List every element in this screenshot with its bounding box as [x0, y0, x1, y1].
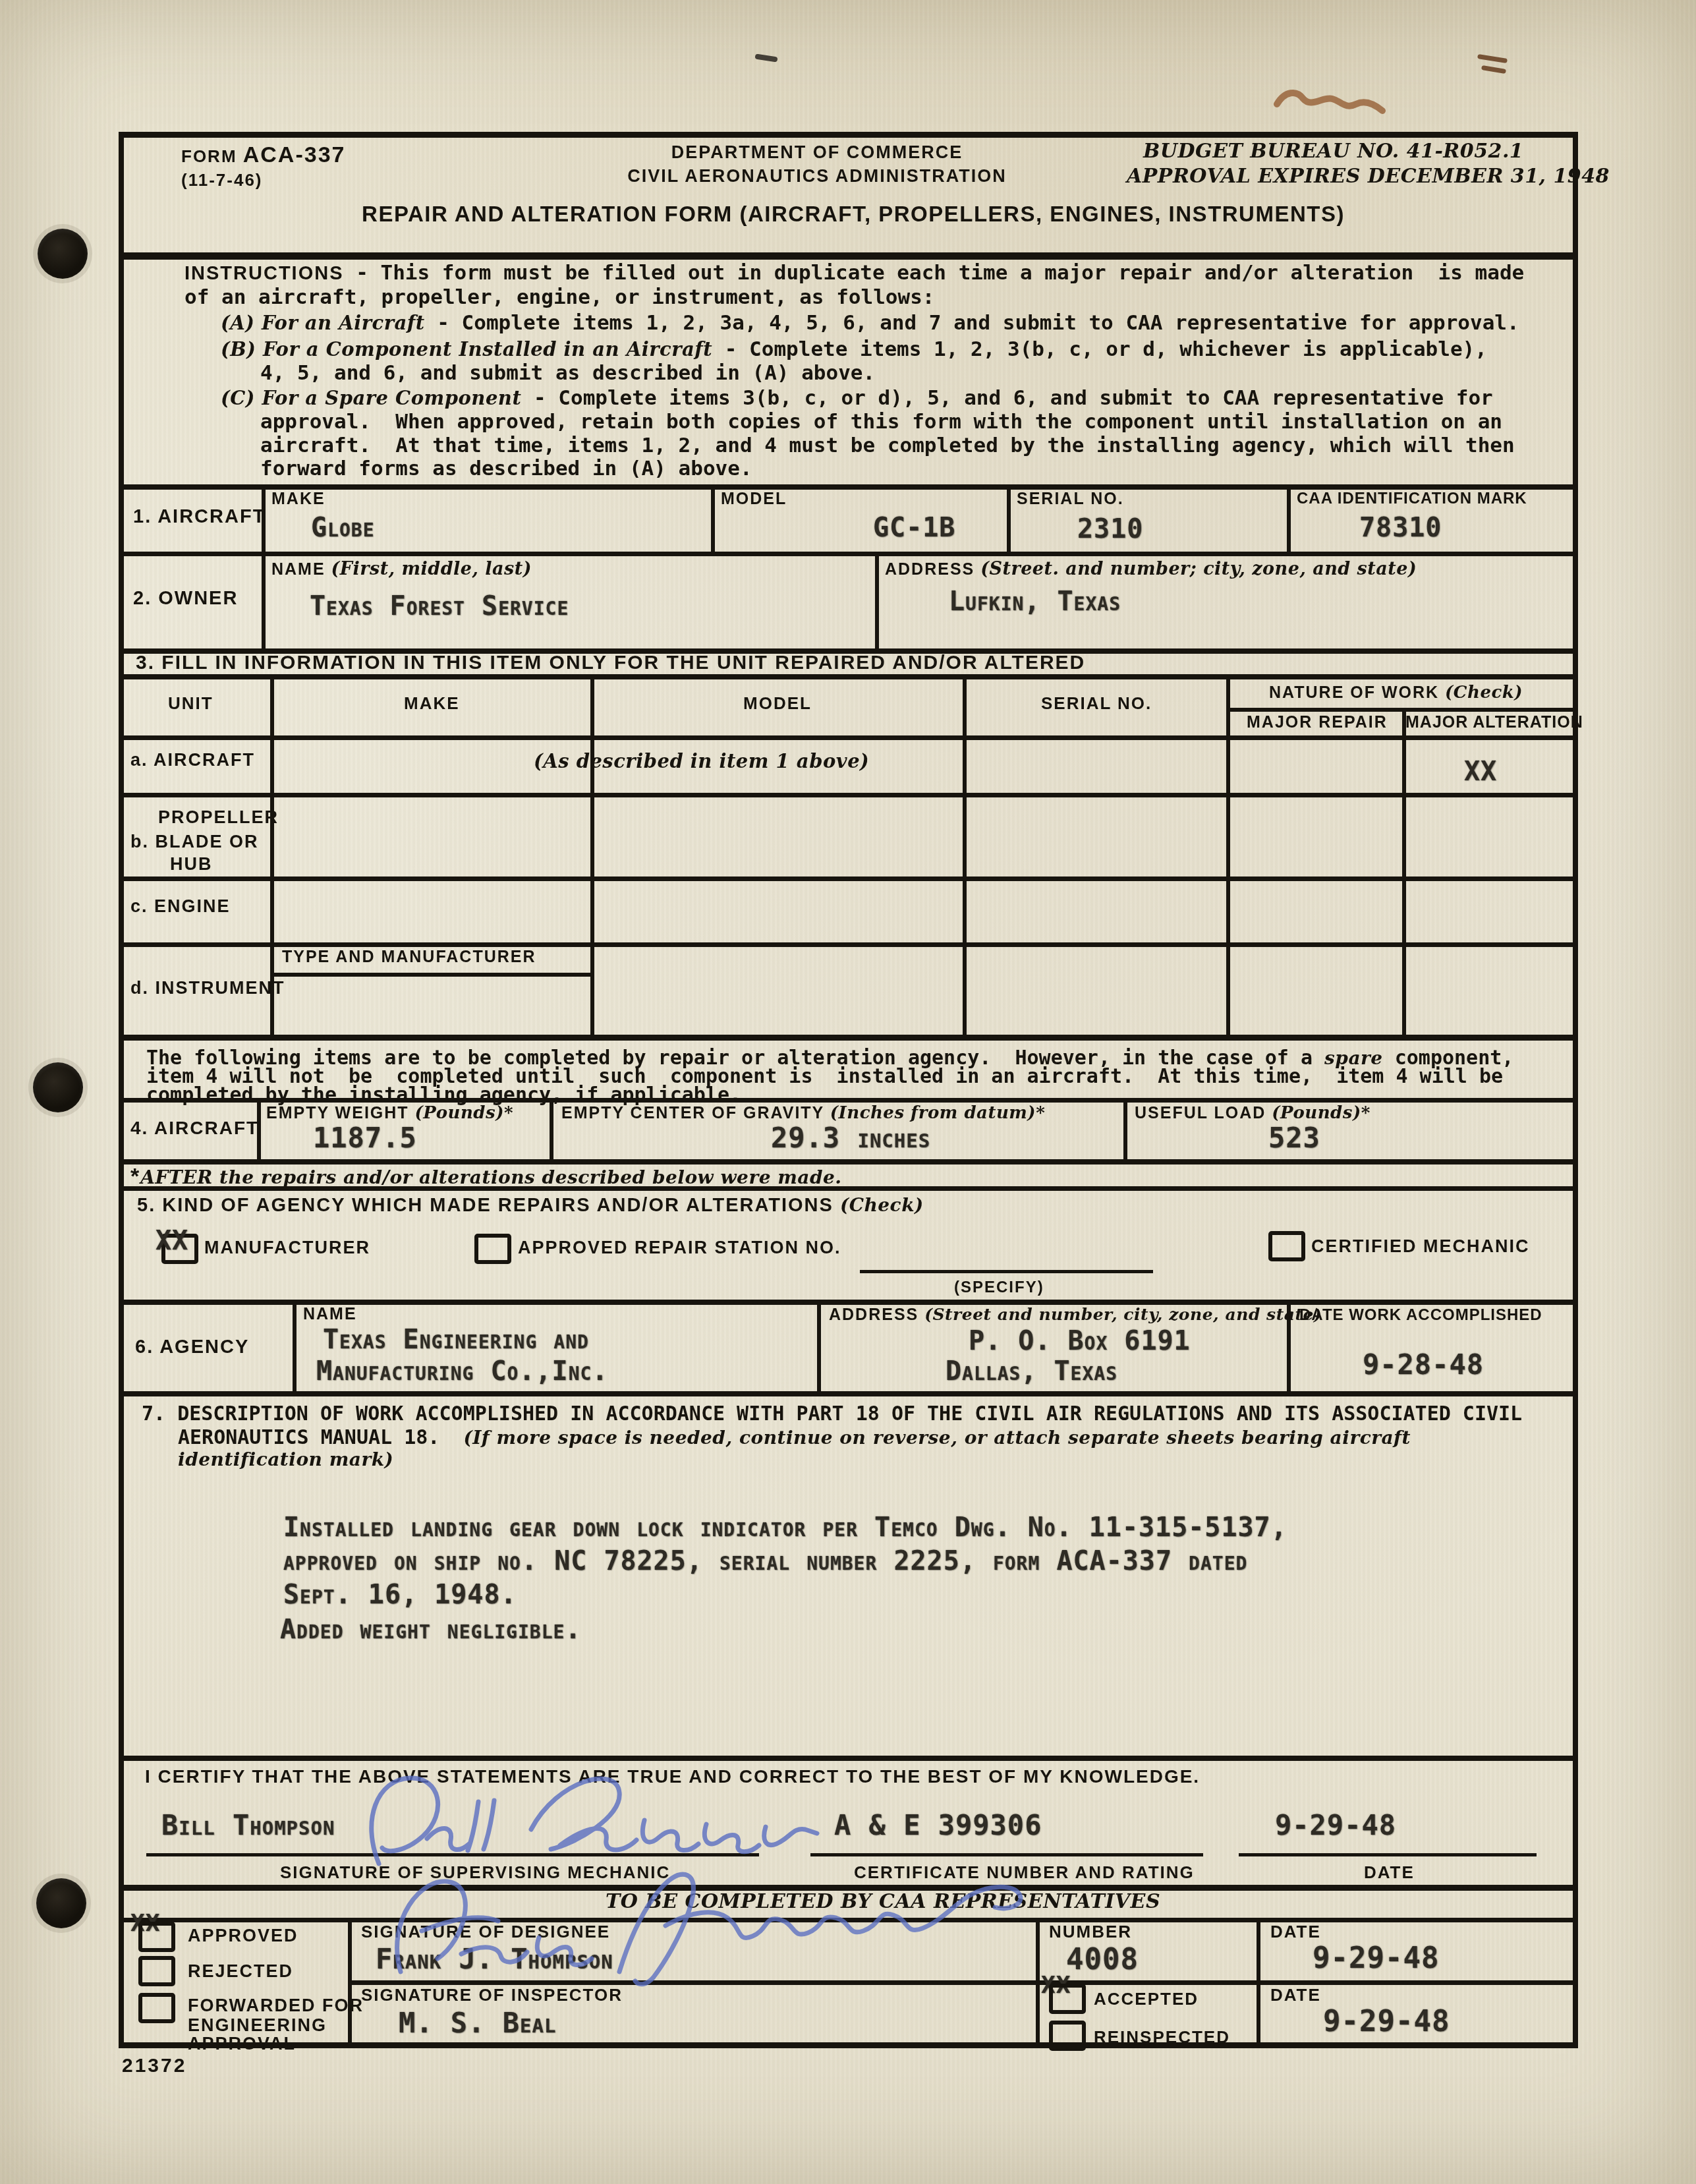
rejected-label: REJECTED [188, 1961, 293, 1982]
instructions-line-a: (A) For an Aircraft - Complete items 1, … [221, 311, 1519, 335]
item1-model-value: GC-1B [873, 513, 955, 543]
department-line2: CIVIL AERONAUTICS ADMINISTRATION [627, 166, 1007, 187]
instruction-b-text: - Complete items 1, 2, 3(b, c, or d, whi… [712, 337, 1487, 361]
caa-date1-value: 9-29-48 [1313, 1941, 1439, 1975]
mechanic-signature-label: SIGNATURE OF SUPERVISING MECHANIC [280, 1862, 670, 1883]
table-header-serial: SERIAL NO. [1041, 693, 1152, 714]
form-number-value: ACA-337 [243, 142, 346, 167]
footnote-bottom [119, 1186, 1578, 1191]
table-row-d-subheader: TYPE AND MANUFACTURER [282, 948, 536, 967]
form-number-label: FORM [181, 146, 243, 166]
page-serial-number: 21372 [122, 2055, 186, 2077]
manufacturer-label: MANUFACTURER [204, 1238, 370, 1258]
certification-date-line [1239, 1853, 1537, 1856]
item6-divider-1 [293, 1300, 297, 1391]
item2-divider-2 [875, 552, 879, 648]
repair-station-blank-line [860, 1270, 1153, 1273]
mechanic-typed-name: Bill Thompson [161, 1809, 335, 1841]
table-row-b-bottom [119, 876, 1578, 881]
table-header-unit: UNIT [168, 693, 213, 714]
item2-divider-1 [262, 552, 266, 648]
item4-cg-hint: (Inches from datum)* [830, 1103, 1045, 1123]
item2-address-value: Lufkin, Texas [949, 587, 1121, 617]
approval-expires: APPROVAL EXPIRES DECEMBER 31, 1948 [1127, 165, 1610, 188]
item3-bar-bottom [119, 674, 1578, 679]
caa-strip-bottom [119, 1918, 1578, 1922]
certificate-number-label: CERTIFICATE NUMBER AND RATING [854, 1862, 1195, 1883]
table-header-nature-text: NATURE OF WORK [1269, 683, 1445, 702]
item6-bottom [119, 1391, 1578, 1396]
item1-make-label: MAKE [271, 490, 325, 509]
approved-checkbox [138, 1922, 175, 1952]
item1-make-value: Globe [311, 513, 375, 543]
reinspected-label: REINSPECTED [1094, 2027, 1230, 2048]
item1-divider-3 [1007, 484, 1011, 552]
item1-model-label: MODEL [721, 490, 787, 509]
instructions-line-c: (C) For a Spare Component - Complete ite… [221, 386, 1493, 410]
item6-address-line1: P. O. Box 6191 [969, 1326, 1191, 1356]
item2-name-hint: (First, middle, last) [331, 559, 532, 579]
scanned-form-page: FORM ACA-337 (11-7-46) DEPARTMENT OF COM… [0, 0, 1696, 2184]
form-number: FORM ACA-337 [181, 142, 345, 168]
item7-heading-line2-italic: (If more space is needed, continue on re… [463, 1427, 1411, 1449]
item4-weight-hint: (Pounds)* [415, 1103, 514, 1123]
table-row-b-line1: PROPELLER [158, 807, 279, 828]
certificate-number-line [810, 1853, 1203, 1856]
form-title: REPAIR AND ALTERATION FORM (AIRCRAFT, PR… [362, 202, 1345, 227]
item1-caa-mark-value: 78310 [1359, 513, 1442, 543]
instruction-c-lead: (C) For a Spare Component [221, 387, 521, 409]
item4-weight-label-text: EMPTY WEIGHT [266, 1104, 415, 1122]
item2-name-value: Texas Forest Service [310, 591, 569, 621]
table-col-model-divider [963, 674, 967, 1035]
item6-name-line2: Manufacturing Co.,Inc. [316, 1356, 608, 1387]
table-row-a-bottom [119, 793, 1578, 797]
table-nature-subdivider [1226, 708, 1578, 712]
item2-address-label-text: ADDRESS [885, 560, 980, 579]
punch-hole-top [38, 229, 88, 279]
caa-date2-value: 9-29-48 [1323, 2005, 1450, 2038]
table-col-make-divider [590, 674, 594, 1035]
item7-heading-line3: identification mark) [178, 1449, 393, 1470]
item5-heading: 5. KIND OF AGENCY WHICH MADE REPAIRS AND… [137, 1194, 924, 1217]
manufacturer-checkbox-xx: XX [155, 1226, 188, 1256]
certification-date-value: 9-29-48 [1275, 1809, 1396, 1841]
item6-address-line2: Dallas, Texas [946, 1356, 1117, 1387]
item6-date-label: DATE WORK ACCOMPLISHED [1299, 1306, 1542, 1325]
designee-typed-name: Frank J. Thompson [376, 1943, 613, 1975]
table-row-d-label: d. INSTRUMENT [130, 978, 285, 998]
instruction-b-lead: (B) For a Component Installed in an Airc… [221, 338, 712, 360]
rust-stain [1277, 93, 1382, 111]
form-border-bottom [119, 2042, 1578, 2048]
instructions-divider [119, 484, 1578, 490]
caa-number-label: NUMBER [1049, 1922, 1132, 1942]
caa-date2-label: DATE [1270, 1985, 1321, 2005]
punch-hole-middle [33, 1062, 83, 1112]
item5-heading-text: 5. KIND OF AGENCY WHICH MADE REPAIRS AND… [137, 1195, 840, 1216]
item4-cg-value: 29.3 inches [771, 1122, 930, 1154]
item2-address-hint: (Street. and number; city, zone, and sta… [980, 559, 1417, 579]
repair-station-label: APPROVED REPAIR STATION NO. [518, 1238, 841, 1258]
instructions-line-2: of an aircraft, propeller, engine, or in… [184, 285, 934, 309]
instructions-line-c3: aircraft. At that time, items 1, 2, and … [260, 434, 1515, 457]
punch-hole-bottom [36, 1878, 86, 1928]
table-header-model: MODEL [743, 693, 812, 714]
form-border-top [119, 132, 1578, 138]
inspector-signature-label: SIGNATURE OF INSPECTOR [361, 1985, 623, 2005]
table-header-major-alteration: MAJOR ALTERATION [1405, 713, 1583, 732]
accepted-checkbox [1049, 1984, 1086, 2014]
item4-useful-load-value: 523 [1268, 1122, 1320, 1154]
caa-date1-label: DATE [1270, 1922, 1321, 1942]
table-header-nature: NATURE OF WORK (Check) [1269, 683, 1523, 703]
instructions-heading: INSTRUCTIONS [184, 263, 344, 284]
item2-label: 2. OWNER [133, 588, 238, 610]
item4-useful-load-label: USEFUL LOAD (Pounds)* [1135, 1103, 1371, 1123]
caa-strip-title: TO BE COMPLETED BY CAA REPRESENTATIVES [606, 1890, 1160, 1913]
item7-heading-line1: 7. DESCRIPTION OF WORK ACCOMPLISHED IN A… [142, 1402, 1522, 1425]
dark-tick [758, 57, 775, 59]
item6-address-label: ADDRESS (Street and number, city, zone, … [829, 1305, 1322, 1325]
item6-top [119, 1300, 1578, 1305]
table-bottom [119, 1035, 1578, 1041]
item2-name-label: NAME (First, middle, last) [271, 559, 532, 579]
item4-weight-value: 1187.5 [313, 1122, 417, 1154]
instructions-text: - This form must be filled out in duplic… [344, 261, 1525, 285]
item4-useful-load-hint: (Pounds)* [1272, 1103, 1371, 1123]
item6-label: 6. AGENCY [135, 1336, 249, 1358]
item6-divider-2 [817, 1300, 821, 1391]
item6-name-label: NAME [303, 1305, 357, 1324]
instructions-line-c4: forward forms as described in (A) above. [260, 457, 752, 480]
small-marks [1480, 57, 1505, 71]
instructions-line-c2: approval. When approved, retain both cop… [260, 410, 1502, 434]
item1-serial-value: 2310 [1077, 514, 1143, 544]
item6-address-hint: (Street and number, city, zone, and stat… [924, 1305, 1322, 1324]
certified-mechanic-label: CERTIFIED MECHANIC [1311, 1236, 1530, 1257]
table-col-serial-divider [1226, 674, 1230, 1035]
item1-bottom-divider [119, 552, 1578, 556]
item7-heading-line2: AERONAUTICS MANUAL 18. (If more space is… [178, 1426, 1411, 1449]
forwarded-label-line2: ENGINEERING [188, 2015, 327, 2036]
table-row-a-note: (As described in item 1 above) [534, 750, 869, 772]
instruction-a-text: - Complete items 1, 2, 3a, 4, 5, 6, and … [425, 311, 1519, 335]
certified-mechanic-checkbox [1268, 1231, 1305, 1261]
table-row-c-label: c. ENGINE [130, 896, 231, 917]
item7-description-line4: Added weight negligible. [280, 1615, 581, 1645]
table-header-major-repair: MAJOR REPAIR [1247, 713, 1388, 732]
item1-divider-4 [1287, 484, 1291, 552]
item1-divider-2 [711, 484, 715, 552]
item4-weight-label: EMPTY WEIGHT (Pounds)* [266, 1103, 513, 1123]
item5-heading-hint: (Check) [840, 1194, 924, 1216]
rejected-checkbox [138, 1956, 175, 1986]
table-row-a-label: a. AIRCRAFT [130, 750, 255, 770]
footnote-text: AFTER the repairs and/or alterations des… [140, 1166, 841, 1188]
budget-bureau-no: BUDGET BUREAU NO. 41-R052.1 [1143, 140, 1523, 163]
forwarded-label-line3: APPROVAL [188, 2034, 296, 2054]
item1-caa-mark-label: CAA IDENTIFICATION MARK [1297, 490, 1527, 508]
mechanic-signature-line [146, 1853, 759, 1856]
table-row-d-subline [270, 973, 594, 977]
item4-divider-2 [550, 1098, 553, 1159]
aca-337-form: FORM ACA-337 (11-7-46) DEPARTMENT OF COM… [119, 132, 1578, 2048]
form-revision-date: (11-7-46) [181, 170, 263, 190]
department-line1: DEPARTMENT OF COMMERCE [671, 142, 963, 163]
item7-heading-line2-pre: AERONAUTICS MANUAL 18. [178, 1426, 463, 1449]
item7-description-line1: Installed landing gear down lock indicat… [283, 1512, 1287, 1543]
item1-label: 1. AIRCRAFT [133, 506, 266, 528]
item2-address-label: ADDRESS (Street. and number; city, zone,… [885, 559, 1417, 579]
item2-name-label-text: NAME [271, 560, 331, 579]
caa-number-value: 4008 [1066, 1943, 1139, 1976]
item7-description-line3: Sept. 16, 1948. [283, 1580, 517, 1610]
certificate-number-value: A & E 399306 [834, 1809, 1042, 1841]
item7-description-line2: approved on ship no. NC 78225, serial nu… [283, 1546, 1247, 1576]
table-col-nature-divider [1402, 708, 1406, 1035]
instruction-c-text: - Complete items 3(b, c, or d), 5, and 6… [521, 386, 1492, 410]
item4-useful-load-label-text: USEFUL LOAD [1135, 1104, 1272, 1122]
footnote-star: * [130, 1164, 140, 1189]
item1-serial-label: SERIAL NO. [1017, 490, 1124, 509]
designee-signature-label: SIGNATURE OF DESIGNEE [361, 1922, 610, 1942]
specify-label: (SPECIFY) [954, 1279, 1044, 1297]
item4-label: 4. AIRCRAFT [130, 1118, 259, 1139]
inspector-typed-name: M. S. Beal [399, 2007, 556, 2039]
repair-station-checkbox [474, 1234, 511, 1264]
item6-date-value: 9-28-48 [1363, 1348, 1484, 1381]
table-header-nature-hint: (Check) [1445, 683, 1523, 703]
instructions-line-1: INSTRUCTIONS - This form must be filled … [184, 261, 1524, 285]
certification-top [119, 1756, 1578, 1761]
instructions-line-b2: 4, 5, and 6, and submit as described in … [260, 361, 875, 385]
approved-label: APPROVED [188, 1926, 298, 1946]
item3-bar-heading: 3. FILL IN INFORMATION IN THIS ITEM ONLY… [136, 652, 1085, 674]
caa-row-divider [348, 1980, 1578, 1985]
table-header-bottom [119, 735, 1578, 740]
accepted-label: ACCEPTED [1094, 1989, 1199, 2009]
table-row-b-line3: HUB [170, 854, 213, 875]
item4-cg-label: EMPTY CENTER OF GRAVITY (Inches from dat… [561, 1103, 1045, 1123]
item4-top [119, 1098, 1578, 1103]
forwarded-label-line1: FORWARDED FOR [188, 1996, 364, 2016]
certification-date-label: DATE [1364, 1862, 1415, 1883]
table-row-b-line2: b. BLADE OR [130, 832, 259, 852]
table-row-a-alteration-xx: XX [1464, 757, 1497, 787]
instructions-line-b: (B) For a Component Installed in an Airc… [221, 337, 1487, 361]
item6-address-label-text: ADDRESS [829, 1306, 924, 1324]
header-divider [119, 252, 1578, 260]
forwarded-checkbox [138, 1993, 175, 2023]
item4-cg-label-text: EMPTY CENTER OF GRAVITY [561, 1104, 830, 1122]
certification-statement: I CERTIFY THAT THE ABOVE STATEMENTS ARE … [145, 1766, 1200, 1787]
reinspected-checkbox [1049, 2021, 1086, 2051]
table-row-c-bottom [119, 942, 1578, 947]
table-header-make: MAKE [404, 693, 460, 714]
item4-divider-3 [1123, 1098, 1127, 1159]
instruction-a-lead: (A) For an Aircraft [221, 312, 425, 334]
item6-name-line1: Texas Engineering and [323, 1325, 589, 1355]
